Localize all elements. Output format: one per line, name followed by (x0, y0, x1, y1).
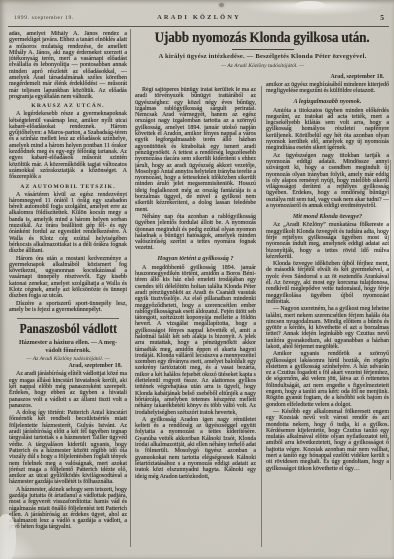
scan-light-patch (295, 1, 325, 9)
masthead-title: ARADI KÖZLÖNY (157, 14, 241, 21)
subsection-text: Díszére a sportszerű sport-ünnepély lesz… (9, 301, 127, 314)
main-article-deck: A királyi ügyész intézkedése. — Beszélge… (134, 53, 391, 61)
main-article-header: Ujabb nyomozás Klonda gyilkosa után. A k… (134, 30, 391, 70)
newspaper-page: 1899. szeptember 19. ARADI KÖZLÖNY 5 adá… (0, 0, 394, 559)
scan-corner-patch (0, 514, 16, 559)
second-article-dateline: Arad, szeptember 18. (9, 363, 127, 369)
scan-ink-spot (219, 3, 224, 7)
second-article-paragraph: A házmester, akinek sehogy sem tetszett,… (9, 487, 127, 531)
main-article-paragraph: Régi sajtóperes bűnügy iratai kerültek l… (135, 87, 256, 213)
subsection-heading-automobil: AZ AUTOMOBIL TETSZIK. (9, 184, 127, 190)
second-article-deck: Házmester a háziura ellen. — A meg­vádol… (13, 339, 123, 354)
page-number: 5 (380, 13, 384, 22)
main-article-byline: — Az Aradi Közlöny tudósítójától. — (134, 63, 391, 69)
main-headline: Ujabb nyomozás Klonda gyilkosa után. (134, 30, 391, 47)
article-separator-rule (17, 318, 119, 319)
second-article-byline: — Az Aradi Közlöny tudósítójától. — (9, 356, 127, 362)
crosshead-how-it-happened: Hogyan történt a gyilkosság ? (135, 255, 256, 262)
main-article-paragraph: Az „Aradi Közlöny” munkatársa fölkereste… (266, 222, 389, 260)
middle-column: Régi sajtóperes bűnügy iratai kerültek l… (135, 87, 256, 547)
main-article-dateline: Arad, szeptember 18. (266, 74, 389, 80)
subsection-heading-krausz: KRAUSZ AZ UTCÁN. (9, 103, 127, 109)
masthead-rule (8, 26, 389, 27)
subsection-text: A legérdekesebb része a gyermeknapoknak … (9, 111, 127, 180)
second-article-headline-text: Panaszosból vádlott (20, 322, 117, 337)
main-article-paragraph: Klonda özvegye időközben újból férjhez m… (266, 261, 389, 305)
crosshead-newest-clues: A legizgalmasabb nyomok. (266, 98, 389, 105)
main-article-paragraph: Az ügyészségen nagy titokban tartják a n… (266, 153, 389, 210)
second-article-paragraph: Az aradi járásbíróság elítélt vádlottjai… (9, 371, 127, 409)
right-column: Arad, szeptember 18. amikor az ügyész me… (266, 73, 389, 547)
main-article-paragraph: Néhány nap óta azonban a rablógyilkosság… (135, 214, 256, 252)
subsection-text: A vásártéren kívül az egész rendezvényt … (9, 192, 127, 255)
second-article-paragraph: A dolog így történt: Patterich Antal kin… (9, 410, 127, 486)
headline-rule (232, 49, 294, 50)
main-headline-text: Ujabb nyomozás Klonda gyilkosa után. (155, 30, 370, 47)
subsection-text: Három óra után a mostani kedvezménye a g… (9, 256, 127, 300)
main-article-paragraph: Amikor ugyanis rendőrök a szörnyű gyilko… (266, 351, 389, 408)
main-article-paragraph: amikor az ügyész megbízásából mindenre k… (266, 82, 389, 95)
page-edge-line (390, 160, 391, 480)
main-article-paragraph: A gyilkosság Aradon igen nagy rémületet … (135, 417, 256, 480)
column-divider-right (261, 86, 262, 547)
column-divider-left (130, 29, 131, 547)
left-column: adás, amelyet Mihály A. János rendez a g… (9, 31, 127, 548)
masthead: 1899. szeptember 19. ARADI KÖZLÖNY 5 (14, 13, 384, 24)
second-article-headline: Panaszosból vádlott (9, 322, 127, 337)
continued-article-text: adás, amelyet Mihály A. János rendez a g… (9, 31, 127, 100)
main-article-paragraph: Amióta a titokzatos ügyben minden előkér… (266, 108, 389, 152)
main-article-paragraph: A megdöbbentő gyilkosság 1894. január hu… (135, 265, 256, 416)
main-article-paragraph: — Később egy alkalommal fölkeresett enge… (266, 409, 389, 472)
masthead-date: 1899. szeptember 19. (14, 15, 74, 21)
main-article-paragraph: — Nagyon szeretném, ha a gyilkost meg le… (266, 306, 389, 350)
crosshead-widow-interview: Mit mond Klonda özvegye? (266, 213, 389, 220)
